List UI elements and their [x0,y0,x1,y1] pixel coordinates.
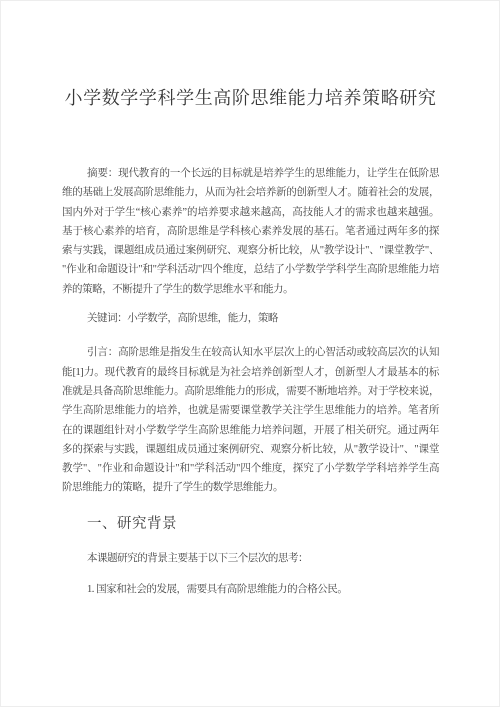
abstract-line: 索与实践，课题组成员通过案例研究、观察分析比较，从"教学设计"、"课堂教学"、 [62,241,439,260]
introduction-line: 学生高阶思维能力的培养，也就是需要课堂教学关注学生思维能力的培养。笔者所 [62,401,439,420]
introduction-line: 阶思维能力的策略，提升了学生的数学思维能力。 [62,478,439,497]
abstract-line: 基于核心素养的培育，高阶思维是学科核心素养发展的基石。笔者通过两年多的探 [62,222,439,241]
section-heading-research-background: 一、研究背景 [87,514,439,534]
abstract-line: 国内外对于学生“核心素养”的培养要求越来越高，高技能人才的需求也越来越强。 [62,203,439,222]
page-content: 小学数学学科学生高阶思维能力培养策略研究 摘要：现代教育的一个长远的目标就是培养… [1,85,499,599]
introduction-line: 准就是具备高阶思维能力。高阶思维能力的形成，需要不断地培养。对于学校来说， [62,382,439,401]
introduction-line: 在的课题组针对小学数学学生高阶思维能力培养问题，开展了相关研究。通过两年 [62,421,439,440]
section-list-item: 1. 国家和社会的发展，需要具有高阶思维能力的合格公民。 [62,580,439,599]
keywords-line: 关键词：小学数学，高阶思维，能力，策略 [62,309,439,328]
abstract-line: 养的策略，不断提升了学生的数学思维水平和能力。 [62,280,439,299]
introduction-line: 多的探索与实践，课题组成员通过案例研究、观察分析比较，从"教学设计"、"课堂 [62,440,439,459]
abstract-paragraph: 摘要：现代教育的一个长远的目标就是培养学生的思维能力，让学生在低阶思 维的基础上… [62,164,439,299]
introduction-line: 能[1]力。现代教育的最终目标就是为社会培养创新型人才，创新型人才最基本的标 [62,363,439,382]
introduction-line: 引言：高阶思维是指发生在较高认知水平层次上的心智活动或较高层次的认知 [62,343,439,362]
abstract-line: 摘要：现代教育的一个长远的目标就是培养学生的思维能力，让学生在低阶思 [62,164,439,183]
introduction-line: 教学"、"作业和命题设计"和"学科活动"四个维度，探究了小学数学学科培养学生高 [62,459,439,478]
section-lead-line: 本课题研究的背景主要基于以下三个层次的思考： [62,549,439,568]
introduction-paragraph: 引言：高阶思维是指发生在较高认知水平层次上的心智活动或较高层次的认知 能[1]力… [62,343,439,497]
page-title: 小学数学学科学生高阶思维能力培养策略研究 [62,85,439,111]
abstract-line: "作业和命题设计"和"学科活动"四个维度，总结了小学数学学科学生高阶思维能力培 [62,260,439,279]
abstract-line: 维的基础上发展高阶思维能力，从而为社会培养新的创新型人才。随着社会的发展， [62,183,439,202]
paper-page: 小学数学学科学生高阶思维能力培养策略研究 摘要：现代教育的一个长远的目标就是培养… [0,0,500,707]
